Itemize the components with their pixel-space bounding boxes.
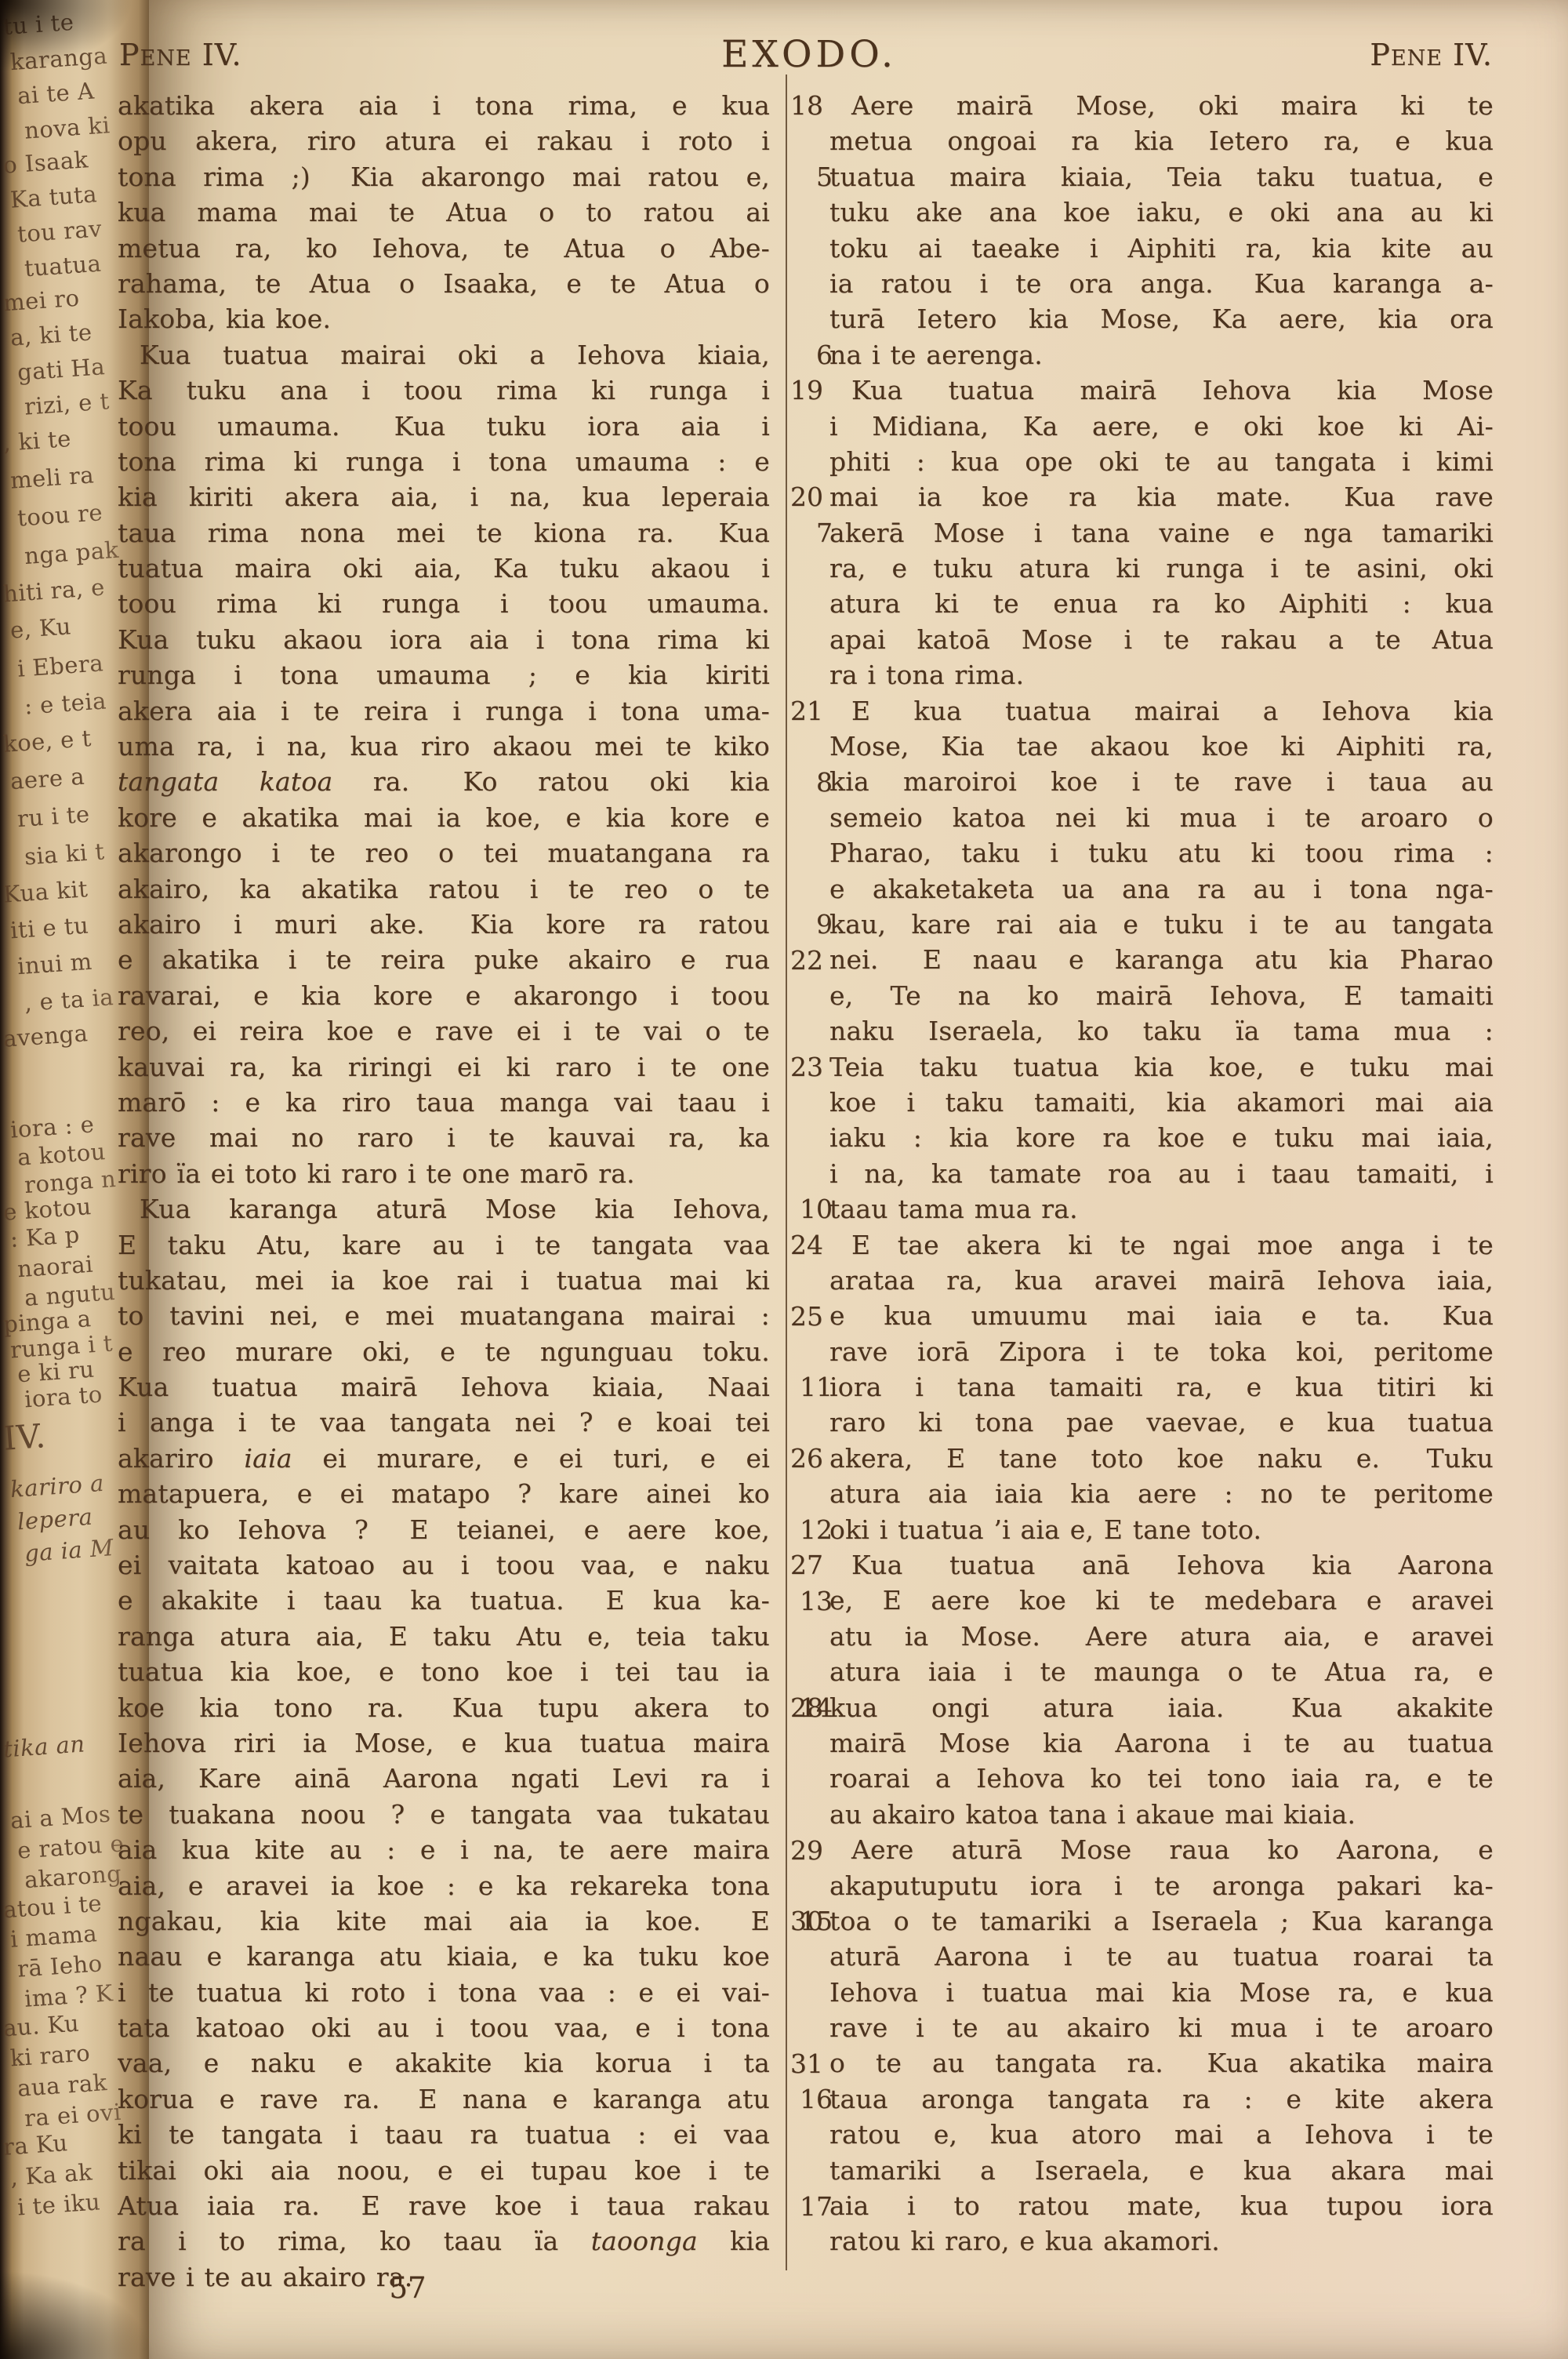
gutter-fragment: aere a [9,763,85,795]
gutter-fragment: i Ebera [16,649,104,682]
gutter-fragment: karanga [9,42,108,76]
text-line: ra, e tuku atura ki runga i te asini, ok… [829,551,1494,586]
gutter-fragment: hiti ra, e [2,574,106,608]
text-line: i te tuatua ki roto i tona vaa : e ei va… [118,1975,770,2010]
text-line: naku Iseraela, ko taku ïa tama mua : [829,1013,1494,1049]
text-line: taua aronga tangata ra : e kite akera [829,2081,1494,2117]
text-line: ngakau, kia kite mai aia ia koe. E [118,1903,770,1939]
gutter-fragment: e ratou e [16,1830,125,1863]
verse-number: 31 [790,2046,828,2081]
text-line: iaku : kia kore ra koe e tuku mai iaia, [829,1120,1494,1155]
text-line: toou rima ki runga i toou umauma. [118,586,770,621]
text-line: tona rima ki runga i tona umauma : e [118,444,770,479]
text-line: rave i te au akairo ki mua i te aroaro [829,2010,1494,2045]
text-line: oki i tuatua ’i aia e, E tane toto. [829,1512,1494,1547]
text-line: semeio katoa nei ki mua i te aroaro o [829,800,1494,835]
text-line: ratou ki raro, e kua akamori. [829,2223,1494,2259]
verse-number: 27 [790,1547,828,1583]
gutter-fragment: ra Ku [2,2129,69,2161]
verse-number: 23 [790,1049,828,1085]
gutter-fragment: ga ia M [24,1534,114,1567]
text-line: runga i tona umauma ; e kia kiriti [118,657,770,692]
text-line: ratou e, kua atoro mai a Iehova i te [829,2117,1494,2152]
gutter-fragment: koe, e t [2,725,93,758]
gutter-fragment: ai a Mos [9,1801,111,1834]
text-line: Kua tuatua mairā Iehova kia Mose [829,373,1494,408]
text-line: taau tama mua ra. [829,1191,1494,1227]
gutter-fragment: i mama [9,1920,98,1953]
text-line: au akairo katoa tana i akaue mai kiaia. [829,1797,1494,1832]
text-line: korua e rave ra. E nana e karanga atu [118,2081,770,2117]
text-line: Kua tuku akaou iora aia i tona rima ki [118,622,770,657]
gutter-fragment: ki raro [9,2039,91,2071]
gutter-fragment: nga pak [24,536,120,569]
gutter-fragment: iti e tu [9,912,89,944]
text-line: apai katoā Mose i te rakau a te Atua [829,622,1494,657]
gutter-fragment: sia ki t [24,838,106,870]
text-line: ra i to rima, ko taau ïa taoonga kia [118,2223,770,2259]
gutter-fragment: kariro a [9,1470,105,1503]
book-photo: tu i tekarangaai te Anova kio IsaakKa tu… [0,0,1568,2359]
text-line: aia, e aravei ia koe : e ka rekareka ton… [118,1868,770,1903]
gutter-fragment: inui m [16,948,93,980]
text-line: toa o te tamariki a Iseraela ; Kua karan… [829,1903,1494,1939]
text-line: toou umauma. Kua tuku iora aia i [118,409,770,444]
text-line: na i te aerenga. [829,337,1494,373]
text-line: uma ra, i na, kua riro akaou mei te kiko [118,729,770,764]
text-line: koe kia tono ra. Kua tupu akera to [118,1690,770,1725]
text-line: ki te tangata i taau ra tuatua : ei vaa [118,2117,770,2152]
text-line: akaputuputu iora i te aronga pakari ka- [829,1868,1494,1903]
text-line: toku ai taeake i Aiphiti ra, kia kite au [829,231,1494,266]
text-line: Mose, Kia tae akaou koe ki Aiphiti ra, [829,729,1494,764]
text-line: E kua tuatua mairai a Iehova kia [829,693,1494,729]
gutter-fragment: rā Ieho [16,1950,103,1982]
gutter-fragment: , ki te [2,425,72,456]
text-line: e akatika i te reira puke akairo e rua [118,942,770,977]
text-line: tamariki a Iseraela, e kua akara mai [829,2153,1494,2188]
text-line: ravarai, e kia kore e akarongo i toou [118,978,770,1013]
gutter-fragment: naorai [16,1251,94,1283]
text-line: tona rima ;) Kia akarongo mai ratou e, [118,159,770,194]
text-line: to tavini nei, e mei muatangana mairai : [118,1298,770,1333]
verse-number: 25 [790,1299,828,1334]
gutter-fragment: nova ki [24,111,111,144]
text-line: metua ra, ko Iehova, te Atua o Abe- [118,231,770,266]
gutter-fragment: ai te A [16,78,95,110]
text-line: akairo, ka akatika ratou i te reo o te [118,871,770,907]
gutter-fragment: meli ra [9,461,95,493]
text-line: tata katoao oki au i toou vaa, e i tona [118,2010,770,2045]
gutter-fragment: o Isaak [2,146,89,178]
text-line: E taku Atu, kare au i te tangata vaa [118,1227,770,1263]
text-line: mairā Mose kia Aarona i te au tuatua [829,1725,1494,1761]
gutter-fragment: au. Ku [2,2010,80,2042]
text-line: ranga atura aia, E taku Atu e, teia taku [118,1619,770,1654]
text-line: rahama, te Atua o Isaaka, e te Atua o [118,266,770,301]
text-line: Ka tuku ana i toou rima ki runga i [118,373,770,408]
gutter-fragment: ru i te [16,801,91,832]
gutter-fragment: , e ta ia [24,983,114,1016]
verse-number: 20 [790,479,828,514]
text-line: raro ki tona pae vaevae, e kua tuatua [829,1405,1494,1440]
gutter-fragment: iora to [24,1381,103,1413]
gutter-fragment: ra ei ovi [24,2099,122,2132]
text-line: rave iorā Zipora i te toka koi, peritome [829,1334,1494,1369]
text-line: kau, kare rai aia e tuku i te au tangata [829,907,1494,942]
gutter-fragment: tu i te [2,9,75,40]
text-line: i na, ka tamate roa au i taau tamaiti, i [829,1156,1494,1191]
text-line: kia maroiroi koe i te rave i taua au [829,764,1494,799]
gutter-fragment: aua rak [16,2069,108,2102]
gutter-fragment: avenga [2,1020,89,1052]
gutter-fragment: tou rav [16,215,103,247]
verse-number: 22 [790,943,828,978]
verse-number: 19 [790,373,828,408]
text-line: akera, E tane toto koe naku e. Tuku [829,1441,1494,1476]
text-line: iora i tana tamaiti ra, e kua titiri ki [829,1369,1494,1405]
text-line: riro ïa ei toto ki raro i te one marō ra… [118,1156,770,1191]
text-line: kore e akatika mai ia koe, e kia kore e [118,800,770,835]
text-line: akerā Mose i tana vaine e nga tamariki [829,515,1494,551]
text-line: au ko Iehova ? E teianei, e aere koe, [118,1512,770,1547]
text-line: atura ki te enua ra ko Aiphiti : kua [829,586,1494,621]
text-line: te tuakana noou ? e tangata vaa tukatau [118,1797,770,1832]
text-line: Teia taku tuatua kia koe, e tuku mai [829,1049,1494,1085]
text-line: metua ongoai ra kia Ietero ra, e kua [829,123,1494,158]
gutter-fragment: e kotou [2,1193,93,1226]
text-line: arataa ra, kua aravei mairā Iehova iaia, [829,1263,1494,1298]
text-line: aia kua kite au : e i na, te aere maira [118,1832,770,1867]
text-line: tikai oki aia noou, e ei tupau koe i te [118,2153,770,2188]
text-line: e akaketaketa ua ana ra au i tona nga- [829,871,1494,907]
verse-number: 30 [790,1903,828,1939]
text-line: rave mai no raro i te kauvai ra, ka [118,1120,770,1155]
text-line: akarongo i te reo o tei muatangana ra [118,835,770,871]
column-divider [786,75,787,2270]
text-line: ra i tona rima. [829,657,1494,692]
text-line: o te au tangata ra. Kua akatika maira [829,2045,1494,2081]
gutter-fragment: tika an [2,1730,86,1762]
verse-number: 24 [790,1227,828,1263]
gutter-fragment: : e teia [24,687,107,719]
text-line: akairo i muri ake. Kia kore ra ratou [118,907,770,942]
verse-number: 29 [790,1833,828,1868]
gutter-fragment: i te iku [16,2188,101,2220]
gutter-fragment: a, ki te [9,318,93,351]
right-column: Aere mairā Mose, oki maira ki temetua on… [829,88,1494,2259]
text-line: i Midiana, Ka aere, e oki koe ki Ai- [829,409,1494,444]
gutter-fragment: mei ro [2,285,81,317]
text-line: e kua umuumu mai iaia e ta. Kua [829,1298,1494,1333]
text-line: akatika akera aia i tona rima, e kua [118,88,770,123]
text-line: aia i to ratou mate, kua tupou iora [829,2188,1494,2223]
gutter-fragment: e, Ku [9,612,72,643]
gutter-fragment: gati Ha [16,353,106,386]
text-line: vaa, e naku e akakite kia korua i ta [118,2045,770,2081]
gutter-fragment: lepera [16,1503,93,1536]
gutter-fragment: toou re [16,499,103,532]
gutter-fragment: ima ? K [24,1979,114,2012]
verse-number: 18 [790,88,828,123]
text-line: naau e karanga atu kiaia, e ka tuku koe [118,1939,770,1974]
text-line: kua ongi atura iaia. Kua akakite [829,1690,1494,1725]
text-line: e, E aere koe ki te medebara e aravei [829,1583,1494,1618]
text-line: reo, ei reira koe e rave ei i te vai o t… [118,1013,770,1049]
text-line: i anga i te vaa tangata nei ? e koai tei [118,1405,770,1440]
text-line: tuku ake ana koe iaku, e oki ana au ki [829,194,1494,230]
text-line: Iakoba, kia koe. [118,301,770,336]
text-line: tuatua kia koe, e tono koe i tei tau ia [118,1654,770,1689]
text-line: tukatau, mei ia koe rai i tuatua mai ki [118,1263,770,1298]
text-line: e reo murare oki, e te ngunguau toku. [118,1334,770,1369]
verse-number: 21 [790,693,828,729]
gutter-fragment: atou i te [2,1890,103,1924]
text-line: tuatua maira oki aia, Ka tuku akaou i [118,551,770,586]
text-line: akera aia i te reira i runga i tona uma- [118,693,770,729]
text-line: aia, Kare ainā Aarona ngati Levi ra i [118,1761,770,1796]
left-verse-numbers: 567891011121314151617 [723,0,778,2359]
text-line: opu akera, riro atura ei rakau i roto i [118,123,770,158]
text-line: mai ia koe ra kia mate. Kua rave [829,479,1494,514]
gutter-fragment: , Ka ak [9,2158,93,2190]
text-line: marō : e ka riro taua manga vai taau i [118,1085,770,1120]
text-line: roarai a Iehova ko tei tono iaia ra, e t… [829,1761,1494,1796]
text-line: E tae akera ki te ngai moe anga i te [829,1227,1494,1263]
text-line: ei vaitata katoao au i toou vaa, e naku [118,1547,770,1583]
running-header-right: Pene IV. [1370,38,1493,72]
text-line: akariro iaia ei murare, e ei turi, e ei [118,1441,770,1476]
gutter-fragment: ronga n [24,1165,117,1198]
text-line: Kua tuatua anā Iehova kia Aarona [829,1547,1494,1583]
text-line: matapuera, e ei matapo ? kare ainei ko [118,1476,770,1511]
text-line: atura aia iaia kia aere : no te peritome [829,1476,1494,1511]
gutter-fragment: IV. [2,1416,47,1458]
verse-number: 28 [790,1690,828,1725]
left-column: akatika akera aia i tona rima, e kuaopu … [118,88,770,2295]
text-line: Kua karanga aturā Mose kia Iehova, [118,1191,770,1227]
text-line: turā Ietero kia Mose, Ka aere, kia ora [829,301,1494,336]
running-header-left: Pene IV. [119,38,242,72]
text-line: Kua tuatua mairai oki a Iehova kiaia, [118,337,770,373]
text-line: aturā Aarona i te au tuatua roarai ta [829,1939,1494,1974]
page-number: 57 [389,2271,426,2305]
text-line: tangata katoa ra. Ko ratou oki kia [118,764,770,799]
verse-number: 26 [790,1441,828,1476]
text-line: Aere aturā Mose raua ko Aarona, e [829,1832,1494,1867]
text-line: Pharao, taku i tuku atu ki toou rima : [829,835,1494,871]
text-line: e akakite i taau ka tuatua. E kua ka- [118,1583,770,1618]
gutter-fragment: akarong [24,1860,122,1894]
text-line: phiti : kua ope oki te au tangata i kimi [829,444,1494,479]
text-line: atu ia Mose. Aere atura aia, e aravei [829,1619,1494,1654]
gutter-fragment: : Ka p [9,1221,81,1252]
text-line: e, Te na ko mairā Iehova, E tamaiti [829,978,1494,1013]
gutter-fragment: Ka tuta [9,180,98,213]
text-line: nei. E naau e karanga atu kia Pharao [829,942,1494,977]
right-verse-numbers: 1819202122232425262728293031 [790,0,828,2359]
text-line: Aere mairā Mose, oki maira ki te [829,88,1494,123]
gutter-fragment: Kua kit [2,875,89,907]
text-line: Iehova i tuatua mai kia Mose ra, e kua [829,1975,1494,2010]
text-line: ia ratou i te ora anga. Kua karanga a- [829,266,1494,301]
gutter-fragment: rizi, e t [24,387,111,420]
text-line: kia kiriti akera aia, i na, kua leperaia [118,479,770,514]
text-line: kauvai ra, ka riringi ei ki raro i te on… [118,1049,770,1085]
gutter-fragment: a kotou [16,1138,107,1171]
text-line: kua mama mai te Atua o to ratou ai [118,194,770,230]
gutter-fragment: iora : e [9,1110,95,1143]
text-line: Iehova riri ia Mose, e kua tuatua maira [118,1725,770,1761]
text-line: taua rima nona mei te kiona ra. Kua [118,515,770,551]
text-line: Atua iaia ra. E rave koe i taua rakau [118,2188,770,2223]
text-line: tuatua maira kiaia, Teia taku tuatua, e [829,159,1494,194]
text-line: rave i te au akairo ra. [118,2259,770,2295]
text-line: Kua tuatua mairā Iehova kiaia, Naai [118,1369,770,1405]
text-line: atura iaia i te maunga o te Atua ra, e [829,1654,1494,1689]
gutter-fragment: tuatua [24,250,102,282]
text-line: koe i taku tamaiti, kia akamori mai aia [829,1085,1494,1120]
